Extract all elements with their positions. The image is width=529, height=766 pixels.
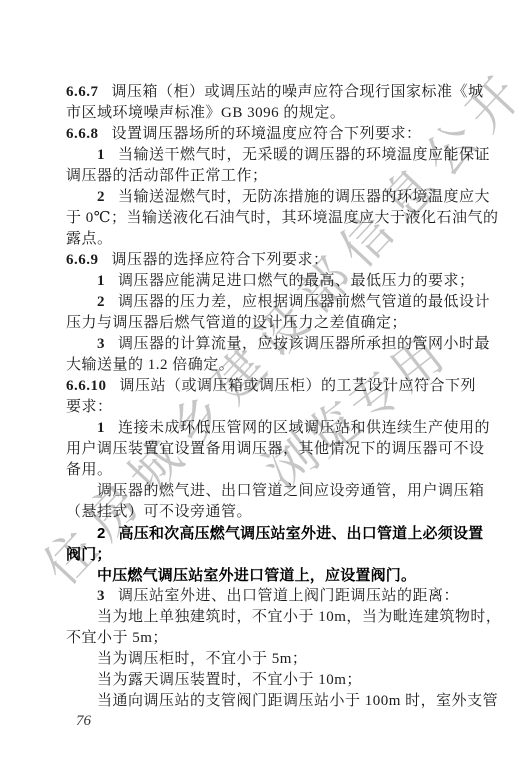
line-text: 阀门； (66, 546, 112, 563)
document-page: 住房城乡建设部信息公开 浏览专用 6.6.7调压箱（柜）或调压站的噪声应符合现行… (0, 0, 529, 766)
text-line: 于 0℃；当输送液化石油气时，其环境温度应大于液化石油气的 (66, 208, 463, 229)
text-line: 备用。 (66, 460, 463, 481)
line-text: 市区域环境噪声标准》GB 3096 的规定。 (66, 105, 345, 121)
line-text: 调压器的计算流量，应按该调压器所承担的管网小时最 (118, 336, 490, 352)
text-line: 要求： (66, 397, 463, 418)
text-line: 2调压器的压力差，应根据调压器前燃气管道的最低设计 (66, 292, 463, 313)
text-line: 调压器的活动部件正常工作； (66, 166, 463, 187)
line-text: 当输送干燃气时，无采暖的调压器的环境温度应能保证 (118, 147, 490, 163)
line-text: 连接未成环低压管网的区域调压站和供连续生产使用的 (118, 420, 490, 436)
clause-number: 2 (97, 525, 106, 542)
text-line: 市区域环境噪声标准》GB 3096 的规定。 (66, 103, 463, 124)
text-line: 调压器的燃气进、出口管道之间应设旁通管，用户调压箱 (66, 481, 463, 502)
line-text: 备用。 (66, 462, 113, 478)
text-line: 露点。 (66, 229, 463, 250)
text-line: 用户调压装置宜设置备用调压器，其他情况下的调压器可不设 (66, 439, 463, 460)
line-text: 调压器应能满足进口燃气的最高、最低压力的要求； (118, 273, 475, 289)
text-line: 6.6.9调压器的选择应符合下列要求： (66, 250, 463, 271)
text-line: 不宜小于 5m； (66, 628, 463, 649)
clause-number: 2 (97, 189, 105, 205)
text-line: 3调压站室外进、出口管道上阀门距调压站的距离： (66, 586, 463, 607)
text-line: 6.6.7调压箱（柜）或调压站的噪声应符合现行国家标准《城 (66, 82, 463, 103)
line-text: 压力与调压器后燃气管道的设计压力之差值确定； (66, 315, 407, 331)
clause-number: 3 (97, 588, 105, 604)
text-line: 3调压器的计算流量，应按该调压器所承担的管网小时最 (66, 334, 463, 355)
text-block: 6.6.7调压箱（柜）或调压站的噪声应符合现行国家标准《城 市区域环境噪声标准》… (66, 82, 463, 712)
text-line: 当为地上单独建筑时，不宜小于 10m，当为毗连建筑物时， (66, 607, 463, 628)
line-text: 用户调压装置宜设置备用调压器，其他情况下的调压器可不设 (66, 441, 485, 457)
line-text: 不宜小于 5m； (66, 630, 168, 646)
text-line: 当为露天调压装置时，不宜小于 10m； (66, 670, 463, 691)
line-text: 要求： (66, 399, 113, 415)
text-line: 6.6.8设置调压器场所的环境温度应符合下列要求： (66, 124, 463, 145)
line-text: 中压燃气调压站室外进口管道上，应设置阀门。 (97, 567, 416, 584)
text-line: 2当输送湿燃气时，无防冻措施的调压器的环境温度应大 (66, 187, 463, 208)
line-text: 调压器的压力差，应根据调压器前燃气管道的最低设计 (118, 294, 490, 310)
line-text: 当通向调压站的支管阀门距调压站小于 100m 时，室外支管 (97, 693, 498, 709)
line-text: 当为地上单独建筑时，不宜小于 10m，当为毗连建筑物时， (97, 609, 501, 625)
text-line: 2高压和次高压燃气调压站室外进、出口管道上必须设置 (66, 523, 463, 544)
line-text: 调压器的选择应符合下列要求： (112, 252, 329, 268)
clause-number: 6.6.10 (66, 378, 107, 394)
text-line: 当通向调压站的支管阀门距调压站小于 100m 时，室外支管 (66, 691, 463, 712)
clause-number: 2 (97, 294, 105, 310)
line-text: 调压器的燃气进、出口管道之间应设旁通管，用户调压箱 (97, 483, 485, 499)
line-text: 调压器的活动部件正常工作； (66, 168, 268, 184)
clause-number: 6.6.7 (66, 84, 99, 100)
line-text: （悬挂式）可不设旁通管。 (66, 504, 252, 520)
line-text: 露点。 (66, 231, 113, 247)
text-line: 大输送量的 1.2 倍确定。 (66, 355, 463, 376)
clause-number: 6.6.8 (66, 126, 99, 142)
line-text: 当为调压柜时，不宜小于 5m； (97, 651, 307, 667)
line-text: 调压站室外进、出口管道上阀门距调压站的距离： (118, 588, 459, 604)
page-number: 76 (76, 713, 91, 730)
text-line: 1连接未成环低压管网的区域调压站和供连续生产使用的 (66, 418, 463, 439)
line-text: 调压箱（柜）或调压站的噪声应符合现行国家标准《城 (112, 84, 484, 100)
text-line: 1当输送干燃气时，无采暖的调压器的环境温度应能保证 (66, 145, 463, 166)
text-line: 压力与调压器后燃气管道的设计压力之差值确定； (66, 313, 463, 334)
clause-number: 1 (97, 273, 105, 289)
clause-number: 1 (97, 147, 105, 163)
line-text: 于 0℃；当输送液化石油气时，其环境温度应大于液化石油气的 (66, 210, 499, 226)
line-text: 当输送湿燃气时，无防冻措施的调压器的环境温度应大 (118, 189, 490, 205)
clause-number: 3 (97, 336, 105, 352)
clause-number: 1 (97, 420, 105, 436)
text-line: 中压燃气调压站室外进口管道上，应设置阀门。 (66, 565, 463, 586)
text-line: （悬挂式）可不设旁通管。 (66, 502, 463, 523)
line-text: 当为露天调压装置时，不宜小于 10m； (97, 672, 362, 688)
line-text: 高压和次高压燃气调压站室外进、出口管道上必须设置 (119, 525, 484, 542)
line-text: 大输送量的 1.2 倍确定。 (66, 357, 234, 373)
text-line: 1调压器应能满足进口燃气的最高、最低压力的要求； (66, 271, 463, 292)
text-line: 当为调压柜时，不宜小于 5m； (66, 649, 463, 670)
line-text: 设置调压器场所的环境温度应符合下列要求： (112, 126, 422, 142)
line-text: 调压站（或调压箱或调压柜）的工艺设计应符合下列 (120, 378, 477, 394)
clause-number: 6.6.9 (66, 252, 99, 268)
text-line: 6.6.10调压站（或调压箱或调压柜）的工艺设计应符合下列 (66, 376, 463, 397)
text-line: 阀门； (66, 544, 463, 565)
